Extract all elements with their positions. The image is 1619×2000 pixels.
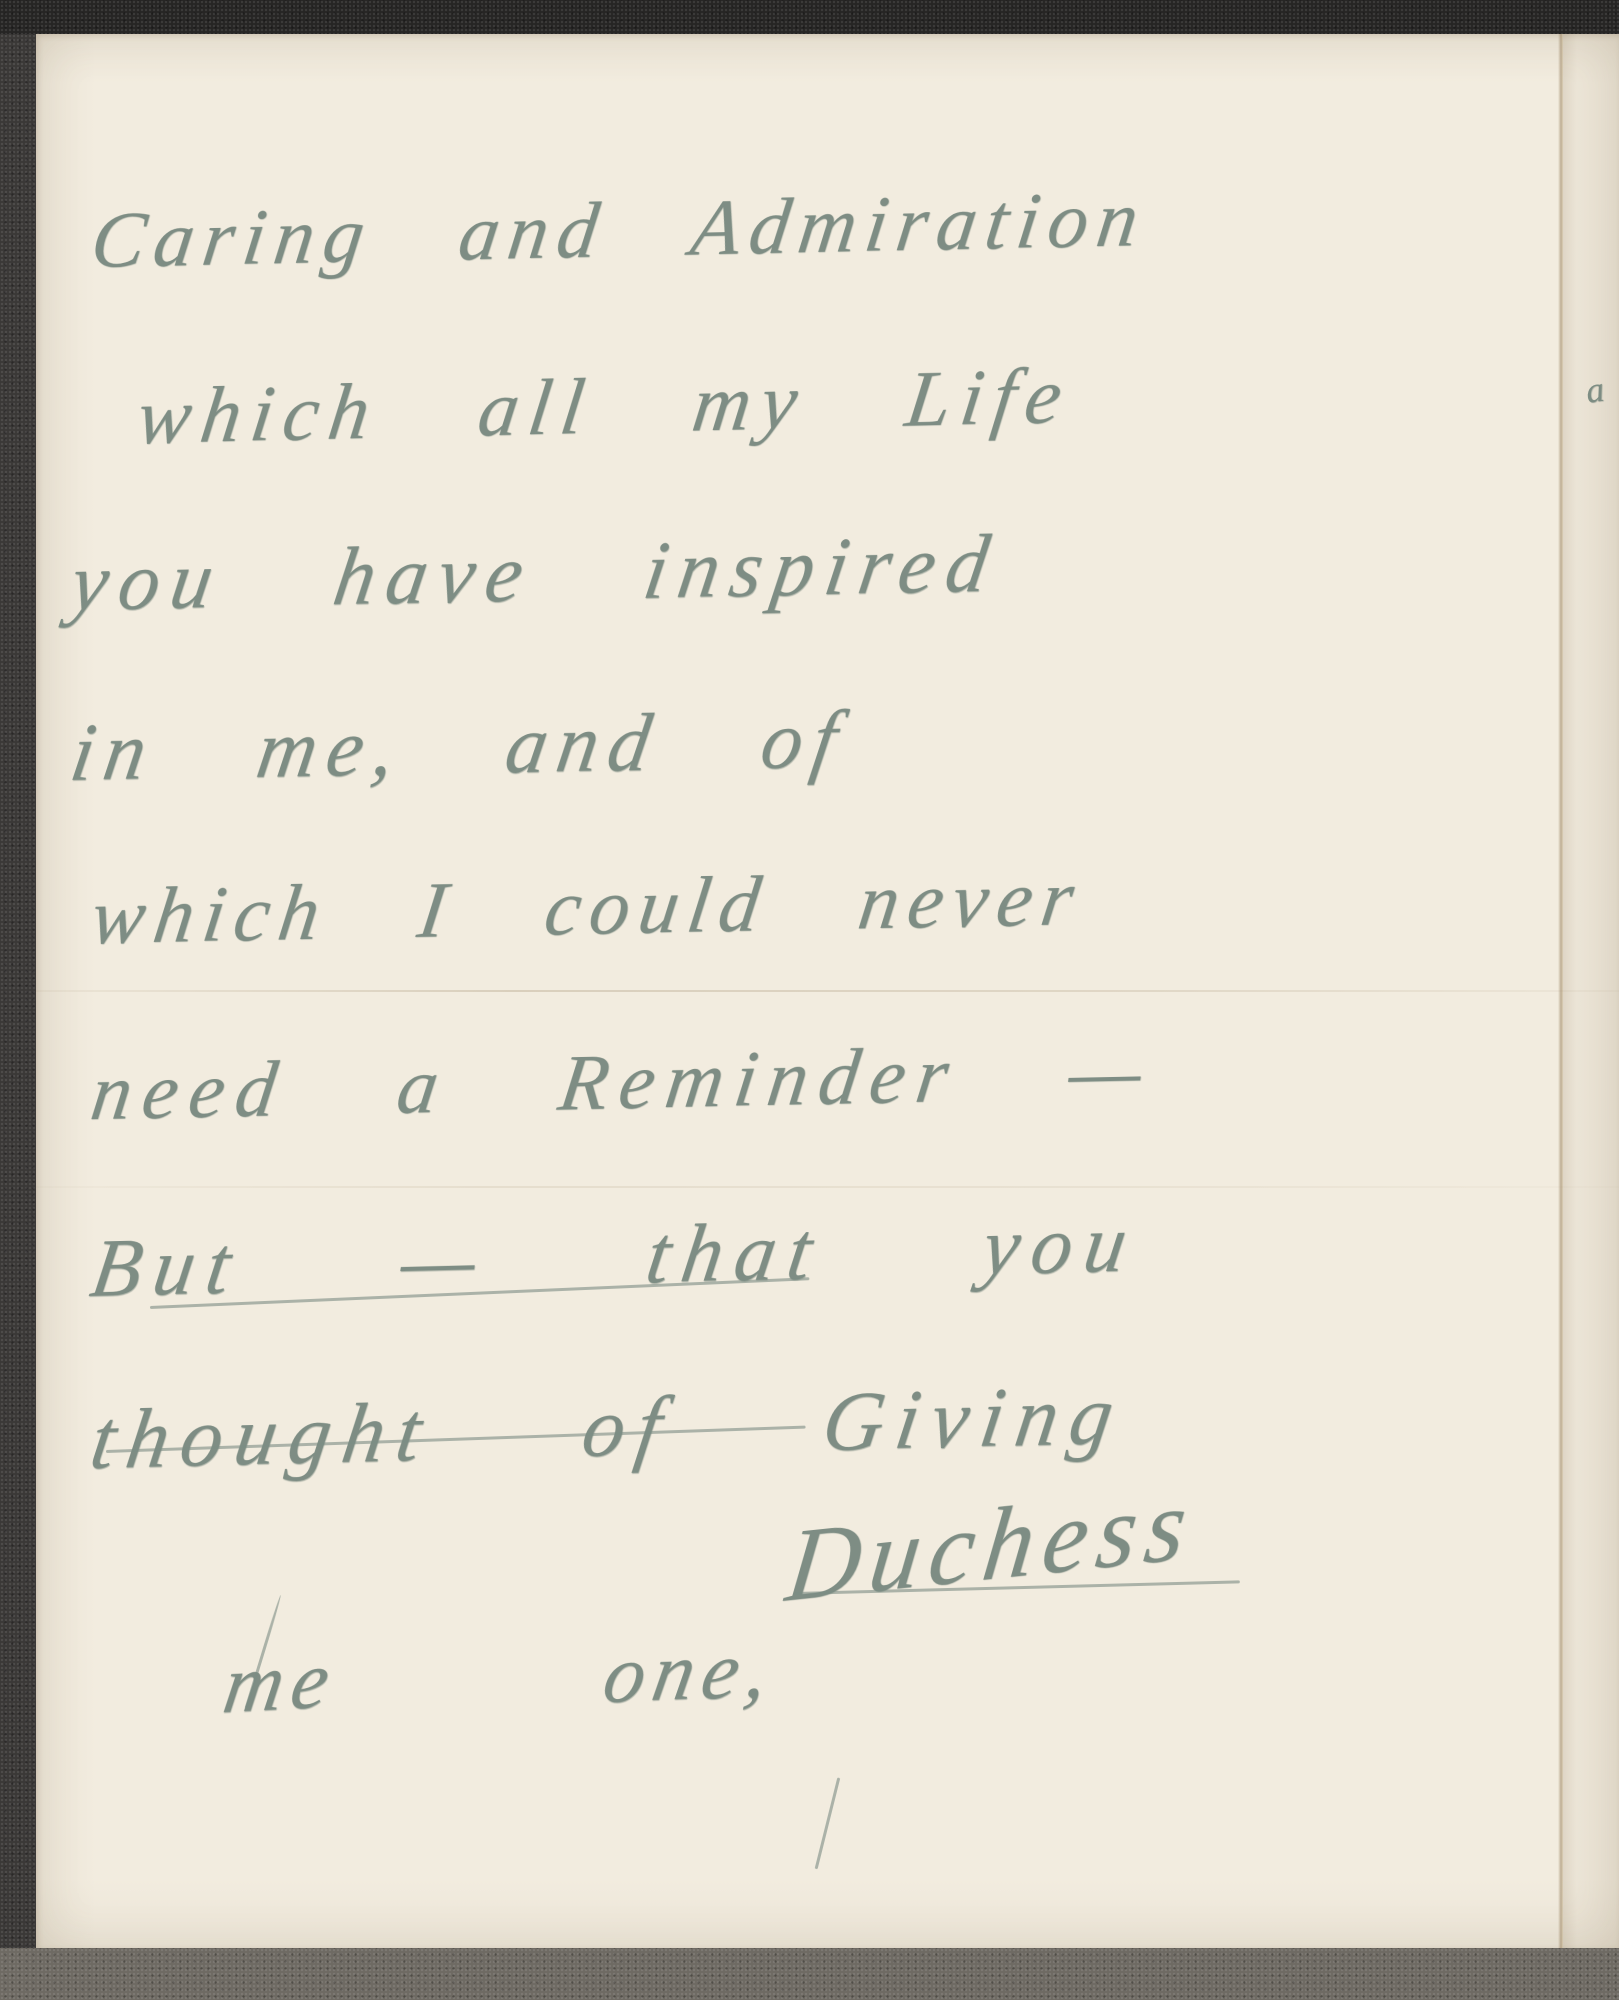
handwriting-line-5: which I could never [86,853,1089,963]
closing-word-me: me [217,1632,344,1733]
mat-board-left [0,34,36,1948]
mat-board-bottom [0,1948,1619,2000]
handwriting-line-3: you have inspired [65,516,1006,630]
scanned-letter-page: Caring and Admiration which all my Life … [0,0,1619,2000]
horizontal-crease [36,990,1619,992]
mat-board-top [0,0,1619,34]
handwriting-line-4: in me, and of [65,692,854,800]
horizontal-crease [36,1186,1619,1188]
closing-word-one: one, [597,1622,784,1723]
